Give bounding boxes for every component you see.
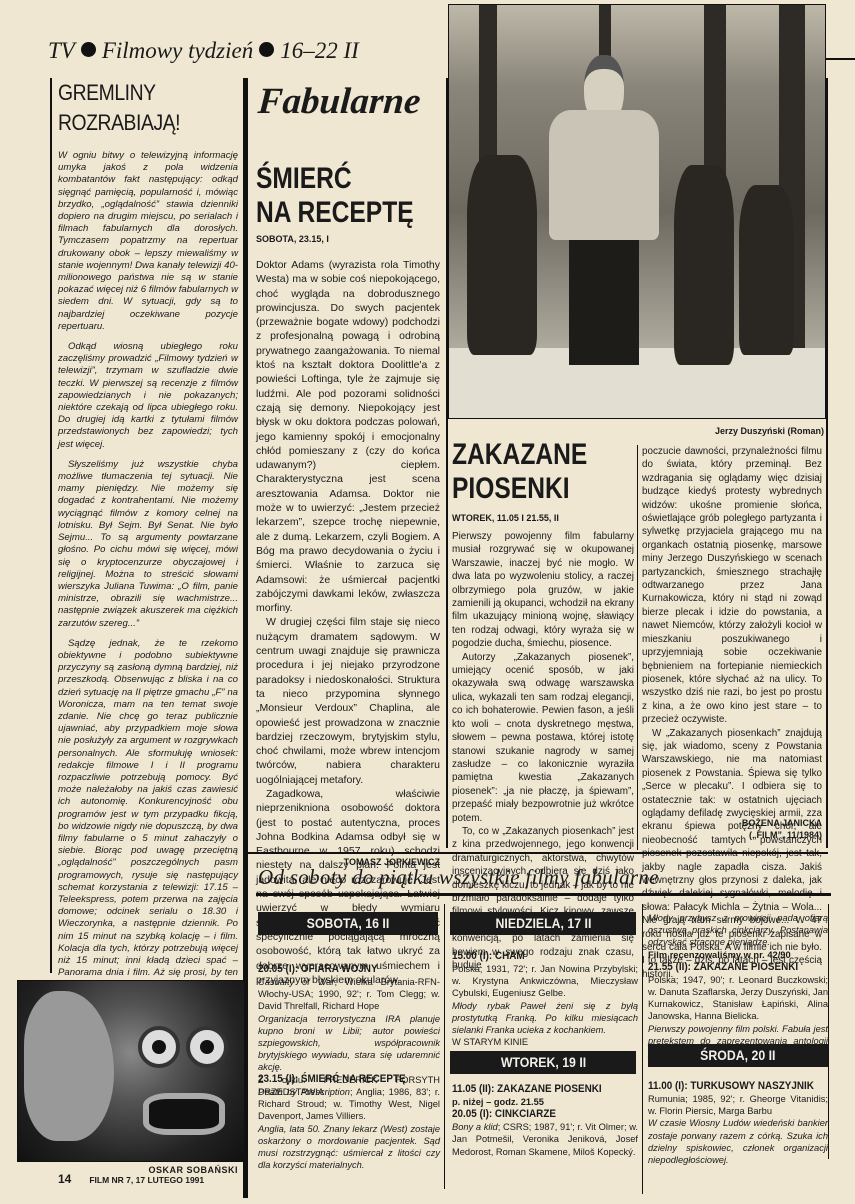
paragraph: Pierwszy powojenny film fabularny musiał… bbox=[452, 530, 634, 651]
header-section: TV bbox=[48, 38, 75, 63]
original-title: Bony a klid bbox=[452, 1122, 498, 1132]
paragraph: W ogniu bitwy o telewizyjną informację u… bbox=[58, 150, 238, 333]
entry-title: 23.15 (I): ŚMIERĆ NA RECEPTĘ bbox=[258, 1073, 422, 1086]
day-header-sroda: ŚRODA, 20 II bbox=[648, 1044, 828, 1067]
review-body-column-a: Pierwszy powojenny film fabularny musiał… bbox=[452, 530, 634, 972]
schedule-title: Od soboty do piątku wszystkie filmy fabu… bbox=[258, 865, 659, 890]
day-header-niedziela: NIEDZIELA, 17 II bbox=[450, 912, 636, 935]
author-source: („FILM”, 11/1984) bbox=[642, 829, 822, 841]
review-reference: Film recenzowaliśmy w nr. 42/90 bbox=[648, 949, 828, 961]
day-label: ŚRODA, 20 II bbox=[700, 1044, 775, 1067]
divider bbox=[826, 58, 855, 60]
paragraph: Sądzę jednak, że te rzekomo obiektywne i… bbox=[58, 638, 238, 1016]
paragraph: Odkąd wiosną ubiegłego roku zaczęliśmy p… bbox=[58, 341, 238, 451]
gremlin-mouth bbox=[143, 1093, 225, 1135]
entry-title: 15.00 (I): CHAM bbox=[452, 950, 619, 963]
page-number: 14 bbox=[58, 1172, 71, 1186]
entry-reference: p. niżej – godz. 21.55 bbox=[452, 1096, 638, 1108]
entry-credits: Death by Prescription; Anglia; 1986, 83'… bbox=[258, 1086, 440, 1123]
column-divider bbox=[828, 904, 829, 1159]
entry-description: Anglia, lata 50. Znany lekarz (West) zos… bbox=[258, 1123, 440, 1172]
entry-title: 11.05 (II): ZAKAZANE PIOSENKI bbox=[452, 1083, 619, 1096]
paragraph: W drugiej części film staje się nieco nu… bbox=[256, 615, 440, 787]
divider bbox=[248, 852, 828, 854]
title-line: GREMLINY bbox=[58, 78, 234, 108]
title-line: PIOSENKI bbox=[452, 472, 587, 506]
entry-credits: Casualty of War; Wielka Brytania-RFN-Wło… bbox=[258, 976, 440, 1013]
day-header-wtorek: WTOREK, 19 II bbox=[450, 1051, 636, 1074]
page-footer: 14FILM NR 7, 17 LUTEGO 1991 bbox=[58, 1172, 204, 1186]
entry-title: 20.05 (I): CINKCIARZE bbox=[452, 1108, 619, 1121]
entry-description: W czasie Wiosny Ludów wiedeński bankier … bbox=[648, 1117, 828, 1166]
header-title: Filmowy tydzień bbox=[102, 38, 253, 63]
divider bbox=[256, 893, 831, 896]
article-title: GREMLINY ROZRABIAJĄ! bbox=[58, 78, 234, 138]
entry-note: W STARYM KINIE bbox=[452, 1036, 638, 1048]
original-title: Death by Prescription bbox=[258, 1087, 350, 1097]
author-byline: BOŻENA JANICKA („FILM”, 11/1984) bbox=[642, 817, 822, 841]
paragraph: Doktor Adams (wyrazista rola Timothy Wes… bbox=[256, 258, 440, 615]
main-figure bbox=[549, 55, 659, 365]
schedule-entry: 11.00 (I): TURKUSOWY NASZYJNIK Rumunia; … bbox=[648, 1080, 828, 1166]
entry-credits: Rumunia; 1985, 92'; r. Gheorge Vitanidis… bbox=[648, 1093, 828, 1117]
broadcast-time: WTOREK, 11.05 I 21.55, II bbox=[452, 513, 559, 523]
section-title: Fabularne bbox=[256, 80, 421, 123]
entry-title: 11.00 (I): TURKUSOWY NASZYJNIK bbox=[648, 1080, 810, 1093]
column-divider bbox=[642, 904, 643, 1194]
paragraph: Autorzy „Zakazanych piosenek”, umiejący … bbox=[452, 651, 634, 825]
photo-caption: Jerzy Duszyński (Roman) bbox=[620, 426, 824, 436]
schedule-entry-continued: Młody przybysz z prowincji pada ofiarą o… bbox=[648, 912, 828, 1059]
entry-title: 20.05 (I): OFIARA WOJNY bbox=[258, 963, 422, 976]
entry-description: Młody rybak Paweł żeni się z byłą prosty… bbox=[452, 1000, 638, 1037]
schedule-entry: 15.00 (I): CHAM Polska; 1931, 72'; r. Ja… bbox=[452, 950, 638, 1048]
bullet-icon bbox=[81, 42, 96, 57]
paragraph: Słyszeliśmy już wszystkie chyba możliwe … bbox=[58, 459, 238, 630]
article-title: ŚMIERĆ NA RECEPTĘ bbox=[256, 162, 414, 230]
schedule-entry: 11.05 (II): ZAKAZANE PIOSENKI p. niżej –… bbox=[452, 1083, 638, 1158]
title-line: ŚMIERĆ bbox=[256, 162, 414, 196]
title-line: ROZRABIAJĄ! bbox=[58, 108, 234, 138]
entry-credits: Bony a klid; CSRS; 1987, 91'; r. Vit Olm… bbox=[452, 1121, 638, 1158]
original-title: Casualty of War bbox=[258, 977, 334, 987]
page-header: TVFilmowy tydzień16–22 II bbox=[48, 38, 359, 64]
gremlin-ear bbox=[24, 991, 114, 1141]
bullet-icon bbox=[259, 42, 274, 57]
entry-credits: Polska; 1931, 72'; r. Jan Nowina Przybyl… bbox=[452, 963, 638, 1000]
column-divider bbox=[826, 78, 828, 848]
soldier-figure bbox=[674, 165, 734, 365]
entry-description: Organizacja terrorystyczna IRA planuje k… bbox=[258, 1013, 440, 1074]
header-dates: 16–22 II bbox=[280, 38, 359, 63]
schedule-entry: 23.15 (I): ŚMIERĆ NA RECEPTĘ Death by Pr… bbox=[258, 1073, 440, 1171]
day-label: NIEDZIELA, 17 II bbox=[495, 912, 591, 935]
column-divider bbox=[637, 445, 638, 850]
issue-info: FILM NR 7, 17 LUTEGO 1991 bbox=[89, 1175, 204, 1185]
day-header-sobota: SOBOTA, 16 II bbox=[258, 912, 438, 935]
day-label: WTOREK, 19 II bbox=[500, 1051, 585, 1074]
review-body-column-b: poczucie dawności, przynależności filmu … bbox=[642, 445, 822, 981]
gremlin-eye bbox=[138, 1026, 180, 1068]
gremlin-photo bbox=[17, 980, 245, 1162]
title-line: NA RECEPTĘ bbox=[256, 196, 414, 230]
film-still-photo bbox=[448, 4, 826, 419]
day-label: SOBOTA, 16 II bbox=[307, 912, 390, 935]
column-divider bbox=[444, 904, 445, 1189]
soldier-figure bbox=[467, 155, 537, 355]
entry-description: Młody przybysz z prowincji pada ofiarą o… bbox=[648, 912, 828, 949]
author-name: BOŻENA JANICKA bbox=[642, 817, 822, 829]
paragraph: poczucie dawności, przynależności filmu … bbox=[642, 445, 822, 727]
gremlin-eye bbox=[186, 1026, 228, 1068]
title-line: ZAKAZANE bbox=[452, 438, 587, 472]
article-title: ZAKAZANE PIOSENKI bbox=[452, 438, 587, 506]
entry-credits: Polska; 1947, 90'; r. Leonard Buczkowski… bbox=[648, 974, 828, 1023]
soldier-figure bbox=[739, 185, 794, 355]
broadcast-time: SOBOTA, 23.15, I bbox=[256, 234, 329, 244]
entry-title: 21.55 (II): ZAKAZANE PIOSENKI bbox=[648, 961, 810, 974]
